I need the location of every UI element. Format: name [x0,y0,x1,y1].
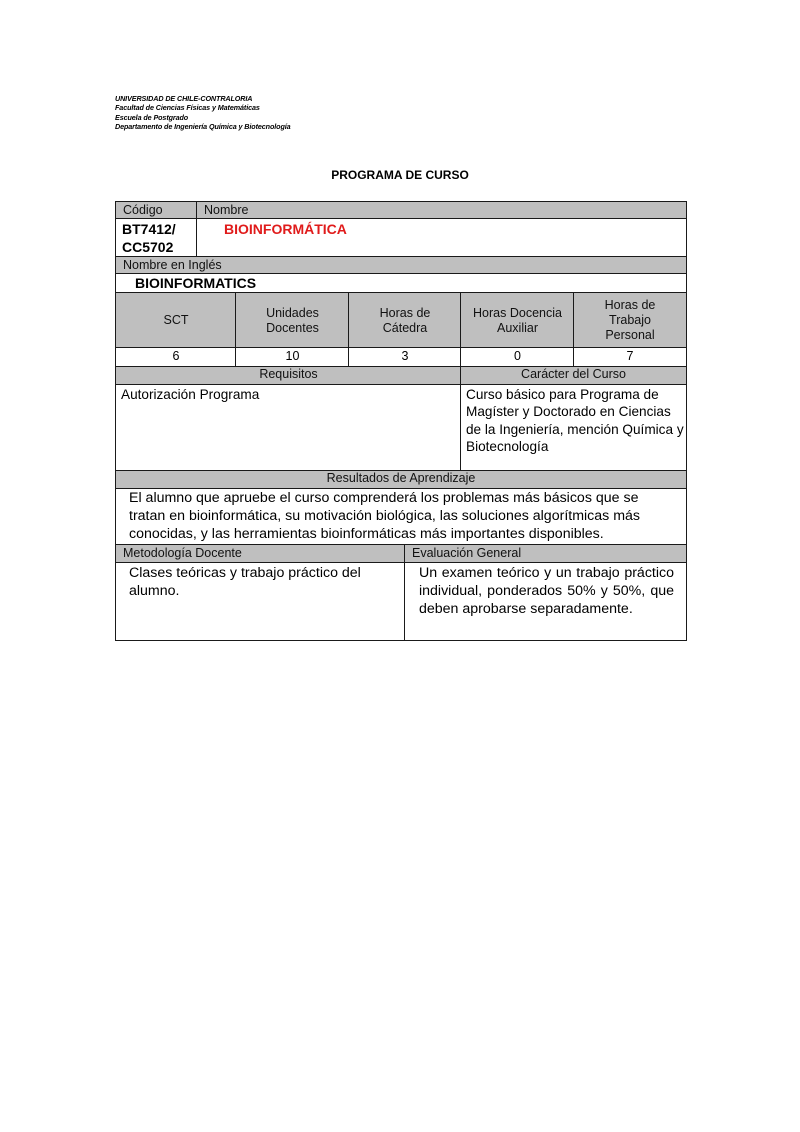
metodologia-content: Clases teóricas y trabajo práctico del a… [115,562,406,641]
units-value-unidades-docentes: 10 [235,347,350,368]
units-header-unidades-docentes: Unidades Docentes [235,292,350,349]
requisitos-content: Autorización Programa [115,384,462,472]
resultados-content: El alumno que apruebe el curso comprende… [115,488,687,546]
units-value-horas-auxiliar: 0 [460,347,575,368]
units-header-horas-auxiliar-label: Horas Docencia Auxiliar [468,306,568,336]
units-header-horas-auxiliar: Horas Docencia Auxiliar [460,292,575,349]
units-header-horas-catedra: Horas de Cátedra [348,292,462,349]
letterhead-department: Departamento de Ingeniería Química y Bio… [115,122,291,131]
course-code-line1: BT7412/ [122,220,191,238]
metodologia-header: Metodología Docente [115,544,406,564]
requisitos-header: Requisitos [115,366,462,386]
units-header-sct: SCT [115,292,237,349]
resultados-header: Resultados de Aprendizaje [115,470,687,490]
units-header-horas-trabajo-personal-label: Horas de Trabajo Personal [600,298,660,343]
letterhead-university: UNIVERSIDAD DE CHILE-CONTRALORIA [115,94,291,103]
units-header-sct-label: SCT [164,313,189,328]
evaluacion-content: Un examen teórico y un trabajo práctico … [404,562,687,641]
letterhead-faculty: Facultad de Ciencias Físicas y Matemátic… [115,103,291,112]
units-value-sct: 6 [115,347,237,368]
caracter-content: Curso básico para Programa de Magíster y… [460,384,687,472]
evaluacion-header: Evaluación General [404,544,687,564]
letterhead-school: Escuela de Postgrado [115,113,291,122]
units-value-horas-catedra: 3 [348,347,462,368]
course-name: BIOINFORMÁTICA [196,218,687,258]
course-code-line2: CC5702 [122,238,191,256]
units-value-horas-trabajo-personal: 7 [573,347,687,368]
caracter-header: Carácter del Curso [460,366,687,386]
units-header-horas-catedra-label: Horas de Cátedra [375,306,435,336]
course-code: BT7412/ CC5702 [115,218,198,258]
course-english-name: BIOINFORMATICS [115,273,687,294]
letterhead: UNIVERSIDAD DE CHILE-CONTRALORIA Faculta… [115,94,291,132]
units-header-horas-trabajo-personal: Horas de Trabajo Personal [573,292,687,349]
units-header-unidades-docentes-label: Unidades Docentes [258,306,328,336]
document-title: PROGRAMA DE CURSO [0,168,800,182]
